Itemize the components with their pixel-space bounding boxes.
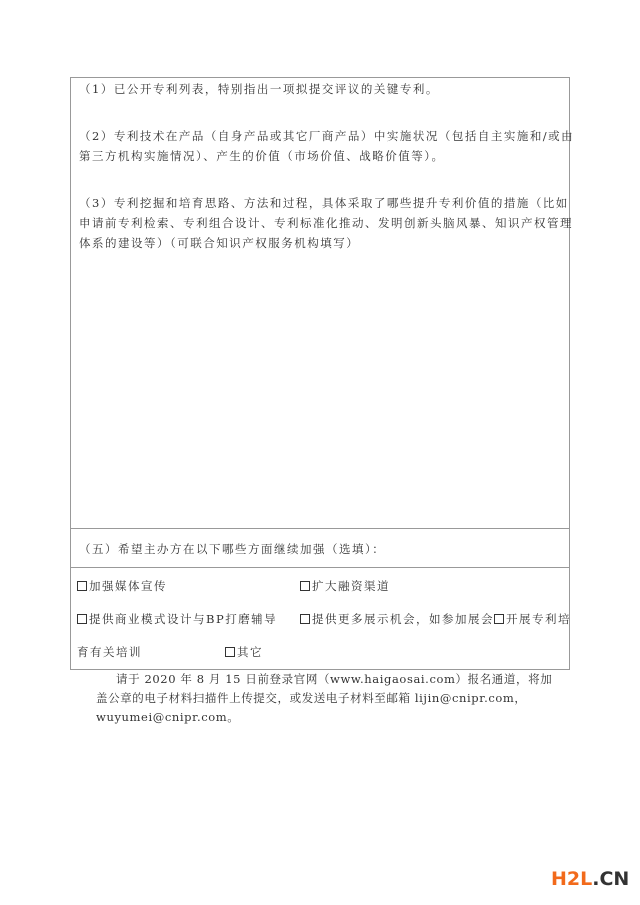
checkbox-icon[interactable] [225,647,235,657]
note-line-1: 请于 2020 年 8 月 15 日前登录官网（www.haigaosai.co… [116,670,552,689]
section-five-heading-row: （五）希望主办方在以下哪些方面继续加强（选填）： [71,529,569,568]
question-2-line-1: （2）专利技术在产品（自身产品或其它厂商产品）中实施状况（包括自主实施和/或由 [79,125,574,147]
question-3-line-3: 体系的建设等）（可联合知识产权服务机构填写） [79,232,359,254]
checkbox-icon[interactable] [300,581,310,591]
option-business-model-coaching[interactable]: 提供商业模式设计与BP打磨辅导 [77,608,277,630]
question-3-line-2: 申请前专利检索、专利组合设计、专利标准化推动、发明创新头脑风暴、知识产权管理 [79,212,573,234]
note-line-3: wuyumei@cnipr.com。 [96,708,532,727]
checkbox-icon[interactable] [77,581,87,591]
option-patent-training-continued: 育有关培训 [77,641,142,663]
checkbox-icon[interactable] [77,614,87,624]
checkbox-icon[interactable] [300,614,310,624]
form-table: （1）已公开专利列表，特别指出一项拟提交评议的关键专利。 （2）专利技术在产品（… [70,77,570,670]
question-2-line-2: 第三方机构实施情况）、产生的价值（市场价值、战略价值等）。 [79,145,445,167]
section-five-options-row: 加强媒体宣传 扩大融资渠道 提供商业模式设计与BP打磨辅导 提供更多展示机会，如… [71,568,569,669]
watermark-logo: H2L.CN [551,868,629,890]
question-1: （1）已公开专利列表，特别指出一项拟提交评议的关键专利。 [79,78,439,100]
option-other[interactable]: 其它 [225,641,263,663]
patent-info-cell[interactable]: （1）已公开专利列表，特别指出一项拟提交评议的关键专利。 （2）专利技术在产品（… [71,78,569,529]
option-more-exhibition[interactable]: 提供更多展示机会，如参加展会开展专利培 [300,608,571,630]
section-five-heading: （五）希望主办方在以下哪些方面继续加强（选填）： [79,538,385,560]
option-media-promotion[interactable]: 加强媒体宣传 [77,575,167,597]
checkbox-icon[interactable] [494,614,504,624]
note-line-2: 盖公章的电子材料扫描件上传提交，或发送电子材料至邮箱 lijin@cnipr.c… [96,689,532,708]
option-financing-channels[interactable]: 扩大融资渠道 [300,575,390,597]
question-3-line-1: （3）专利挖掘和培育思路、方法和过程，具体采取了哪些提升专利价值的措施（比如 [79,192,569,214]
submission-note: 请于 2020 年 8 月 15 日前登录官网（www.haigaosai.co… [96,670,532,727]
